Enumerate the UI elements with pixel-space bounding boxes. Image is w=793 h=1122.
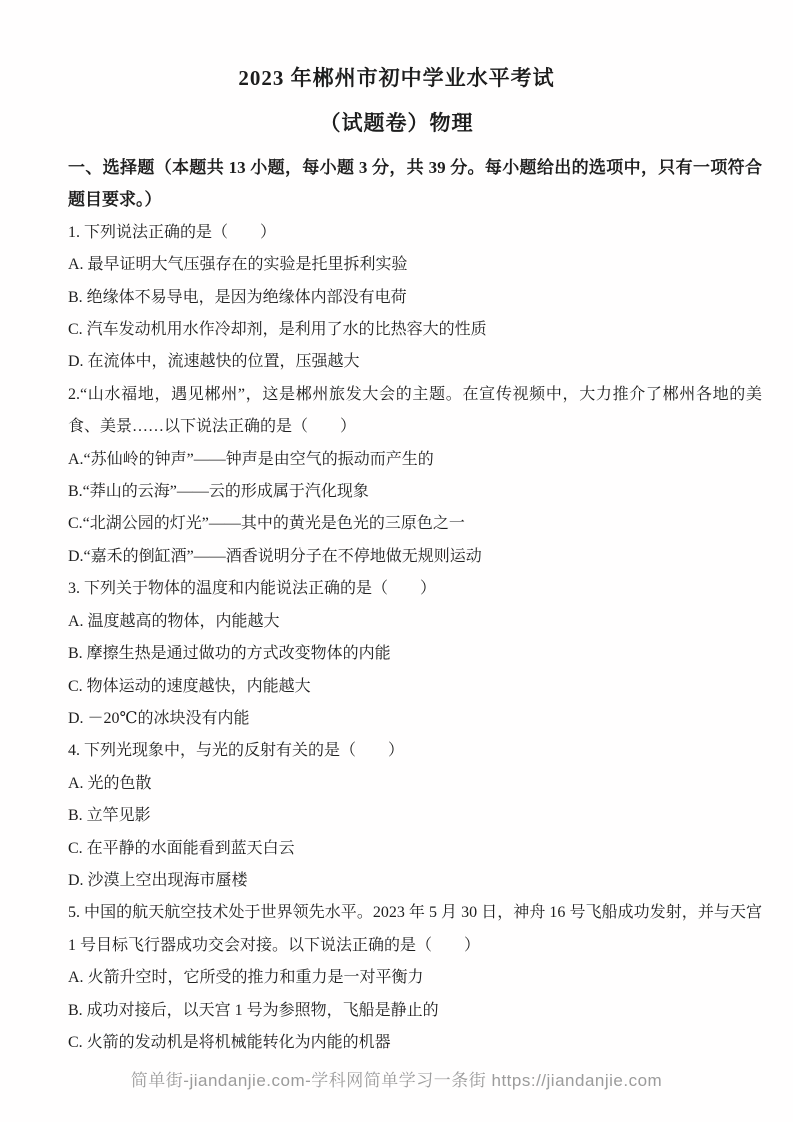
option-line: A.“苏仙岭的钟声”——钟声是由空气的振动而产生的: [68, 444, 762, 476]
question-stem: 3. 下列关于物体的温度和内能说法正确的是（ ）: [68, 573, 762, 605]
question-stem: 5. 中国的航天航空技术处于世界领先水平。2023 年 5 月 30 日，神舟 …: [68, 897, 762, 962]
option-line: C.“北湖公园的灯光”——其中的黄光是色光的三原色之一: [68, 508, 762, 540]
watermark-text: 简单街-jiandanjie.com-学科网简单学习一条街 https://ji…: [131, 1071, 662, 1090]
option-line: D. 沙漠上空出现海市蜃楼: [68, 865, 762, 897]
option-line: B. 成功对接后，以天宫 1 号为参照物，飞船是静止的: [68, 995, 762, 1027]
option-line: A. 温度越高的物体，内能越大: [68, 606, 762, 638]
exam-paper-page: 2023 年郴州市初中学业水平考试 （试题卷）物理 一、选择题（本题共 13 小…: [0, 0, 793, 1122]
option-line: C. 火箭的发动机是将机械能转化为内能的机器: [68, 1027, 762, 1059]
page-footer: 简单街-jiandanjie.com-学科网简单学习一条街 https://ji…: [0, 1066, 793, 1091]
question-1: 1. 下列说法正确的是（ ） A. 最早证明大气压强存在的实验是托里拆利实验 B…: [68, 217, 762, 379]
option-line: C. 汽车发动机用水作冷却剂，是利用了水的比热容大的性质: [68, 314, 762, 346]
exam-subtitle: （试题卷）物理: [0, 109, 793, 137]
question-stem: 2.“山水福地，遇见郴州”，这是郴州旅发大会的主题。在宣传视频中，大力推介了郴州…: [68, 379, 762, 444]
exam-body: 一、选择题（本题共 13 小题，每小题 3 分，共 39 分。每小题给出的选项中…: [0, 152, 793, 1059]
option-line: B. 摩擦生热是通过做功的方式改变物体的内能: [68, 638, 762, 670]
option-line: D. 在流体中，流速越快的位置，压强越大: [68, 346, 762, 378]
option-line: B.“莽山的云海”——云的形成属于汽化现象: [68, 476, 762, 508]
option-line: B. 绝缘体不易导电，是因为绝缘体内部没有电荷: [68, 282, 762, 314]
option-line: A. 最早证明大气压强存在的实验是托里拆利实验: [68, 249, 762, 281]
option-line: C. 物体运动的速度越快，内能越大: [68, 671, 762, 703]
question-4: 4. 下列光现象中，与光的反射有关的是（ ） A. 光的色散 B. 立竿见影 C…: [68, 735, 762, 897]
option-line: C. 在平静的水面能看到蓝天白云: [68, 833, 762, 865]
section-heading: 一、选择题（本题共 13 小题，每小题 3 分，共 39 分。每小题给出的选项中…: [68, 152, 762, 217]
question-stem: 4. 下列光现象中，与光的反射有关的是（ ）: [68, 735, 762, 767]
option-line: D. －20℃的冰块没有内能: [68, 703, 762, 735]
document-header: 2023 年郴州市初中学业水平考试 （试题卷）物理: [0, 0, 793, 137]
question-stem: 1. 下列说法正确的是（ ）: [68, 217, 762, 249]
question-5: 5. 中国的航天航空技术处于世界领先水平。2023 年 5 月 30 日，神舟 …: [68, 897, 762, 1059]
option-line: D.“嘉禾的倒缸酒”——酒香说明分子在不停地做无规则运动: [68, 541, 762, 573]
question-3: 3. 下列关于物体的温度和内能说法正确的是（ ） A. 温度越高的物体，内能越大…: [68, 573, 762, 735]
exam-title: 2023 年郴州市初中学业水平考试: [0, 64, 793, 92]
option-line: A. 光的色散: [68, 768, 762, 800]
question-2: 2.“山水福地，遇见郴州”，这是郴州旅发大会的主题。在宣传视频中，大力推介了郴州…: [68, 379, 762, 573]
option-line: A. 火箭升空时，它所受的推力和重力是一对平衡力: [68, 962, 762, 994]
option-line: B. 立竿见影: [68, 800, 762, 832]
